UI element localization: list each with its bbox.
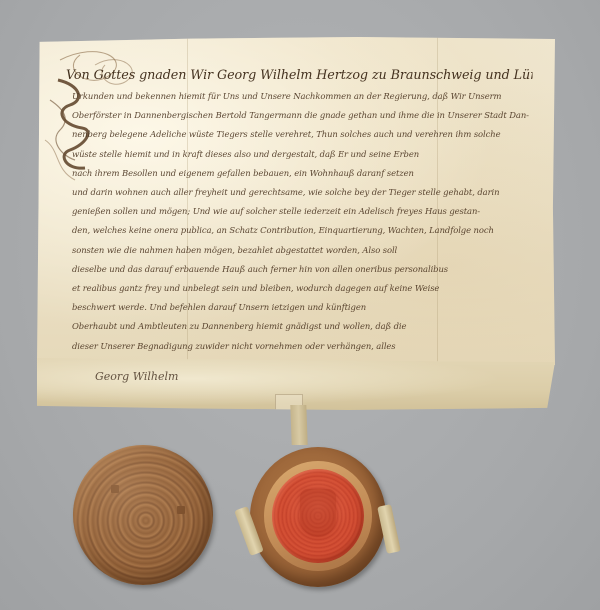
- text-line: nenberg belegene Adeliche wüste Tiegers …: [72, 126, 533, 145]
- text-line: beschwert werde. Und befehlen darauf Uns…: [72, 299, 533, 318]
- seal-tag-strip: [290, 405, 307, 445]
- text-line: wüste stelle hiemit und in kraft dieses …: [72, 146, 533, 165]
- wooden-capsule-lid: [73, 445, 213, 585]
- text-line: dieselbe und das darauf erbauende Hauß a…: [72, 261, 533, 280]
- text-line: dieser Unserer Begnadigung zuwider nicht…: [72, 338, 533, 357]
- signature: Georg Wilhelm: [95, 370, 178, 383]
- capsule-rim: [264, 461, 372, 571]
- text-line: et realibus gantz frey und unbelegt sein…: [72, 280, 533, 299]
- text-line: Von Gottes gnaden Wir Georg Wilhelm Hert…: [66, 64, 532, 88]
- lid-notch: [111, 485, 119, 493]
- coat-of-arms-icon: [300, 489, 336, 537]
- text-line: Urkunden und bekennen hiemit für Uns und…: [72, 88, 533, 107]
- seal-capsule: [250, 447, 386, 587]
- lid-notch: [177, 506, 185, 514]
- text-line: Oberhaubt und Ambtleuten zu Dannenberg h…: [72, 318, 533, 337]
- text-line: sonsten wie die nahmen haben mögen, beza…: [72, 242, 533, 261]
- plica-fold: [37, 358, 555, 410]
- text-line: und darin wohnen auch aller freyheit und…: [72, 184, 533, 203]
- text-line: nach ihrem Besollen und eigenem gefallen…: [72, 165, 533, 184]
- text-line: Oberförster in Dannenbergischen Bertold …: [72, 107, 533, 126]
- red-wax-seal: [272, 469, 364, 563]
- text-line: den, welches keine onera publica, an Sch…: [72, 222, 533, 241]
- text-line: genießen sollen und mögen; Und wie auf s…: [72, 203, 533, 222]
